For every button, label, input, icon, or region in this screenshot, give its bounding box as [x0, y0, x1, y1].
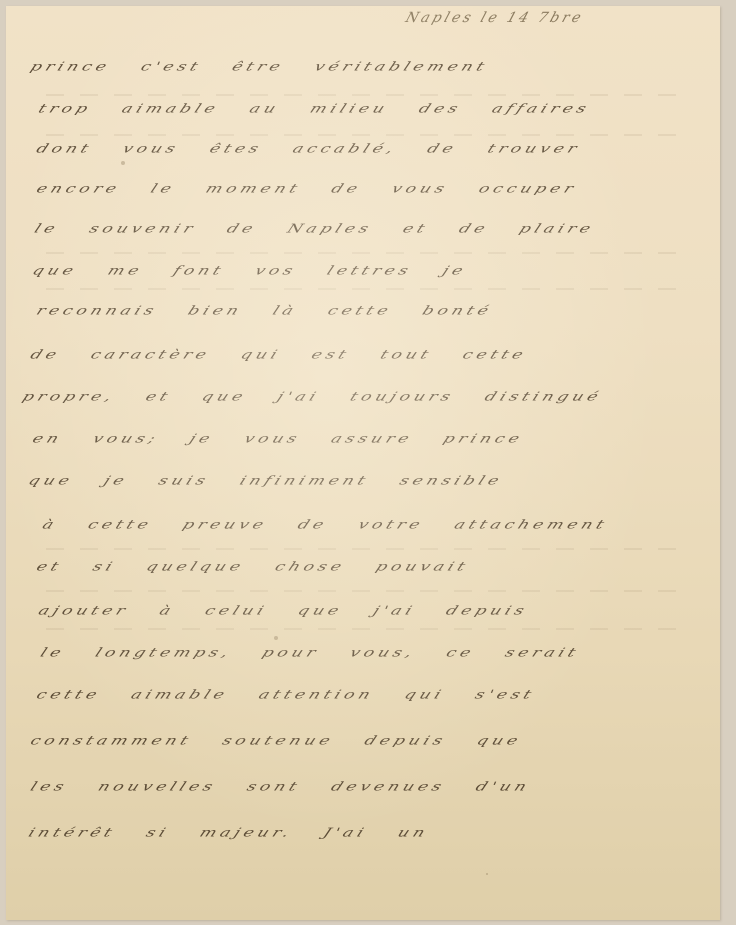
letter-line: prince c'est être véritablement — [6, 46, 720, 86]
letter-line: constamment soutenue depuis que — [6, 720, 720, 760]
letter-line: les nouvelles sont devenues d'un — [6, 766, 720, 806]
letter-line: le longtemps, pour vous, ce serait — [6, 632, 720, 672]
letter-line: ajouter à celui que j'ai depuis — [6, 590, 720, 630]
letter-dateline: Naples le 14 7bre — [403, 10, 585, 26]
letter-line: encore le moment de vous occuper — [6, 168, 720, 208]
letter-line: le souvenir de Naples et de plaire — [6, 208, 720, 248]
letter-line: dont vous êtes accablé, de trouver — [6, 128, 720, 168]
letter-line: et si quelque chose pouvait — [6, 546, 720, 586]
document-photo: Naples le 14 7bre prince c'est être véri… — [0, 0, 736, 925]
letter-line: que me font vos lettres je — [6, 250, 720, 290]
letter-line: trop aimable au milieu des affaires — [6, 88, 720, 128]
letter-line: en vous; je vous assure prince — [6, 418, 720, 458]
letter-line: à cette preuve de votre attachement — [6, 504, 720, 544]
letter-paper: Naples le 14 7bre prince c'est être véri… — [6, 6, 720, 920]
letter-line: cette aimable attention qui s'est — [6, 674, 720, 714]
letter-line: reconnais bien là cette bonté — [6, 290, 720, 330]
paper-spot — [486, 873, 488, 875]
letter-line: de caractère qui est tout cette — [6, 334, 720, 374]
letter-line: que je suis infiniment sensible — [6, 460, 720, 500]
letter-line: propre, et que j'ai toujours distingué — [6, 376, 720, 416]
letter-line: intérêt si majeur. J'ai un — [6, 812, 720, 852]
